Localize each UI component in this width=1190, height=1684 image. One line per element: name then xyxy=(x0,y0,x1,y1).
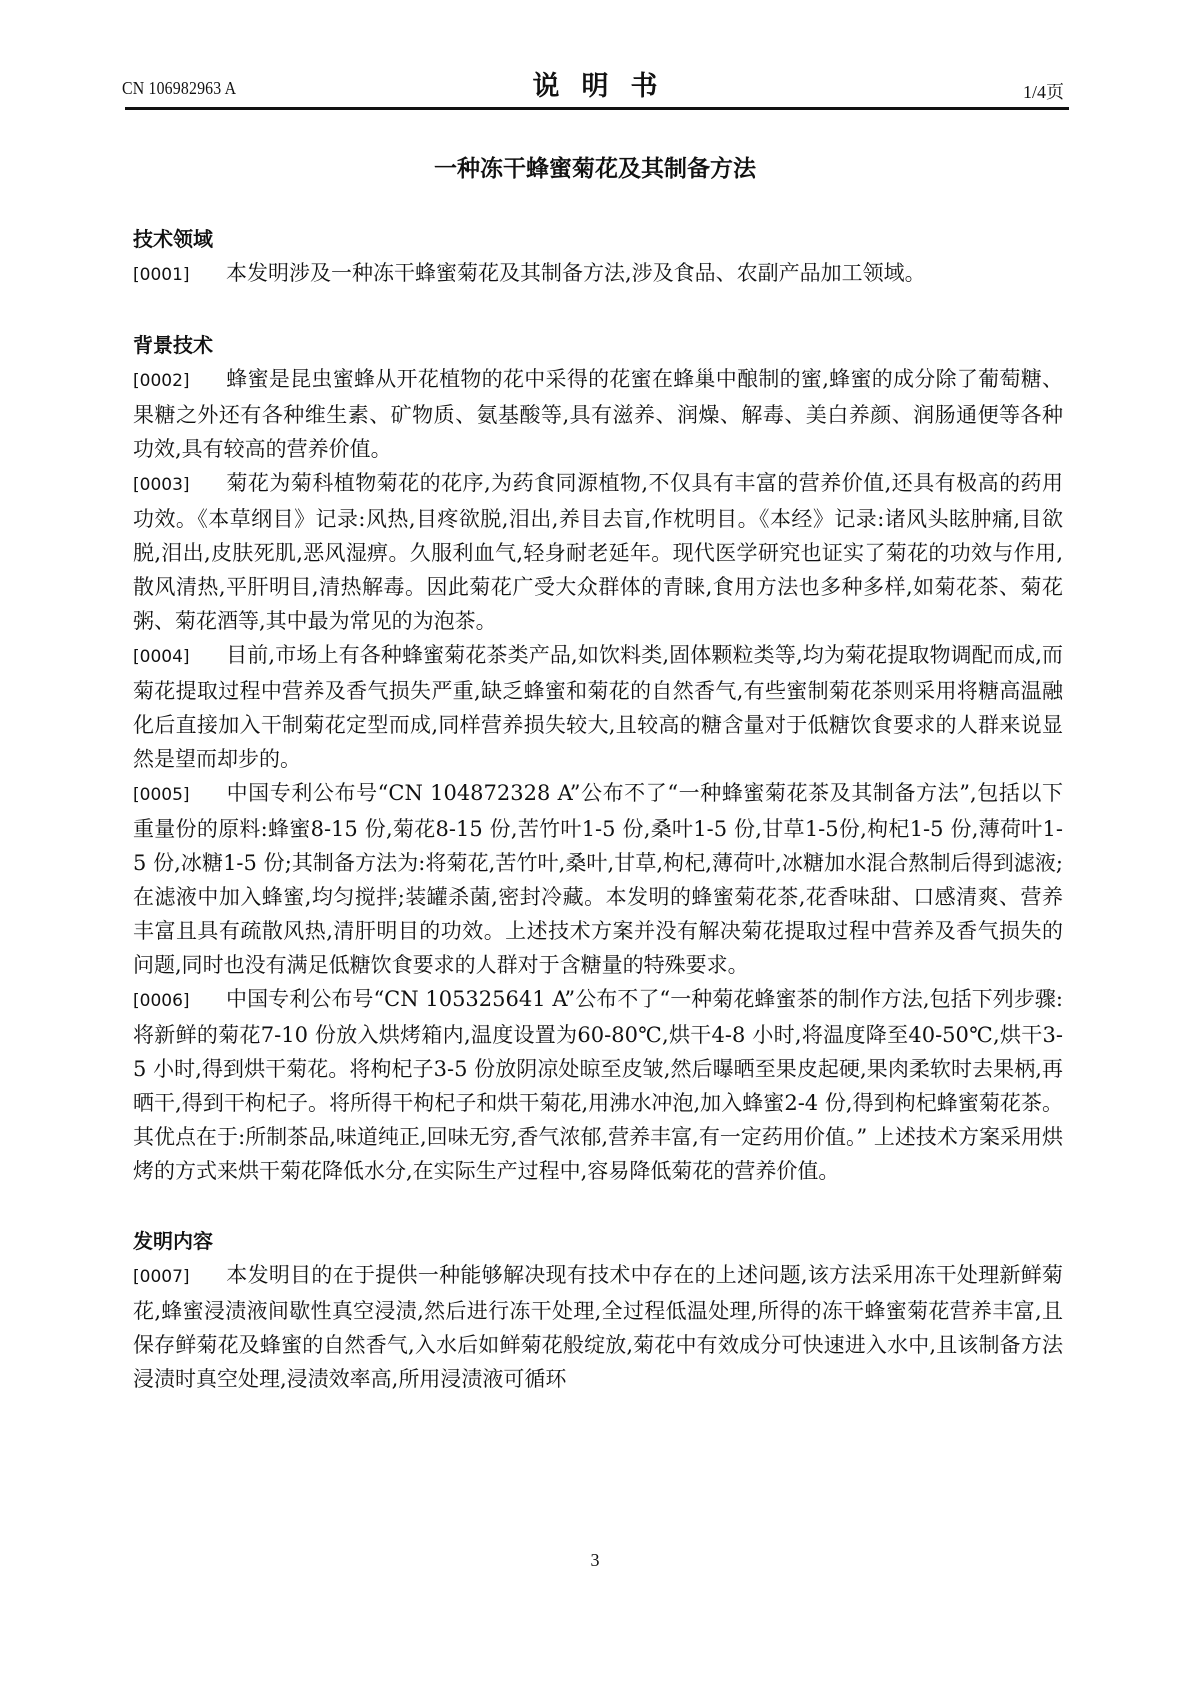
paragraph-number: [0005] xyxy=(133,778,226,812)
paragraph-number: [0004] xyxy=(133,640,226,674)
paragraph-number: [0003] xyxy=(133,468,226,502)
paragraph-number: [0002] xyxy=(133,364,226,398)
paragraph-number: [0006] xyxy=(133,984,226,1018)
paragraph-0006: [0006]中国专利公布号“CN 105325641 A”公布不了“一种菊花蜂蜜… xyxy=(133,982,1063,1188)
header-rule xyxy=(125,107,1069,110)
paragraph-0004: [0004]目前,市场上有各种蜂蜜菊花茶类产品,如饮料类,固体颗粒类等,均为菊花… xyxy=(133,638,1063,776)
document-title: 一种冻干蜂蜜菊花及其制备方法 xyxy=(0,150,1190,183)
section-heading-summary: 发明内容 xyxy=(133,1224,1063,1258)
paragraph-0003: [0003]菊花为菊科植物菊花的花序,为药食同源植物,不仅具有丰富的营养价值,还… xyxy=(133,466,1063,638)
paragraph-text: 本发明目的在于提供一种能够解决现有技术中存在的上述问题,该方法采用冻干处理新鲜菊… xyxy=(133,1263,1063,1391)
page-indicator: 1/4页 xyxy=(1023,78,1064,104)
section-heading-technical-field: 技术领域 xyxy=(133,222,1063,256)
section-gap xyxy=(133,1188,1063,1224)
paragraph-text: 中国专利公布号“CN 104872328 A”公布不了“一种蜂蜜菊花茶及其制备方… xyxy=(133,781,1063,977)
paragraph-text: 本发明涉及一种冻干蜂蜜菊花及其制备方法,涉及食品、农副产品加工领域。 xyxy=(226,261,926,285)
paragraph-0005: [0005]中国专利公布号“CN 104872328 A”公布不了“一种蜂蜜菊花… xyxy=(133,776,1063,982)
paragraph-text: 中国专利公布号“CN 105325641 A”公布不了“一种菊花蜂蜜茶的制作方法… xyxy=(133,987,1063,1183)
paragraph-text: 菊花为菊科植物菊花的花序,为药食同源植物,不仅具有丰富的营养价值,还具有极高的药… xyxy=(133,471,1063,633)
page-number: 3 xyxy=(0,1550,1190,1571)
patent-page: CN 106982963 A 说明书 1/4页 一种冻干蜂蜜菊花及其制备方法 技… xyxy=(0,0,1190,1684)
section-title: 说明书 xyxy=(0,64,1190,103)
paragraph-text: 目前,市场上有各种蜂蜜菊花茶类产品,如饮料类,固体颗粒类等,均为菊花提取物调配而… xyxy=(133,643,1063,771)
paragraph-0007: [0007]本发明目的在于提供一种能够解决现有技术中存在的上述问题,该方法采用冻… xyxy=(133,1258,1063,1396)
paragraph-0001: [0001]本发明涉及一种冻干蜂蜜菊花及其制备方法,涉及食品、农副产品加工领域。 xyxy=(133,256,1063,292)
paragraph-number: [0001] xyxy=(133,258,226,292)
document-body: 技术领域 [0001]本发明涉及一种冻干蜂蜜菊花及其制备方法,涉及食品、农副产品… xyxy=(133,222,1063,1396)
paragraph-number: [0007] xyxy=(133,1260,226,1294)
section-heading-background: 背景技术 xyxy=(133,328,1063,362)
paragraph-text: 蜂蜜是昆虫蜜蜂从开花植物的花中采得的花蜜在蜂巢中酿制的蜜,蜂蜜的成分除了葡萄糖、… xyxy=(133,367,1063,461)
section-gap xyxy=(133,292,1063,328)
paragraph-0002: [0002]蜂蜜是昆虫蜜蜂从开花植物的花中采得的花蜜在蜂巢中酿制的蜜,蜂蜜的成分… xyxy=(133,362,1063,466)
